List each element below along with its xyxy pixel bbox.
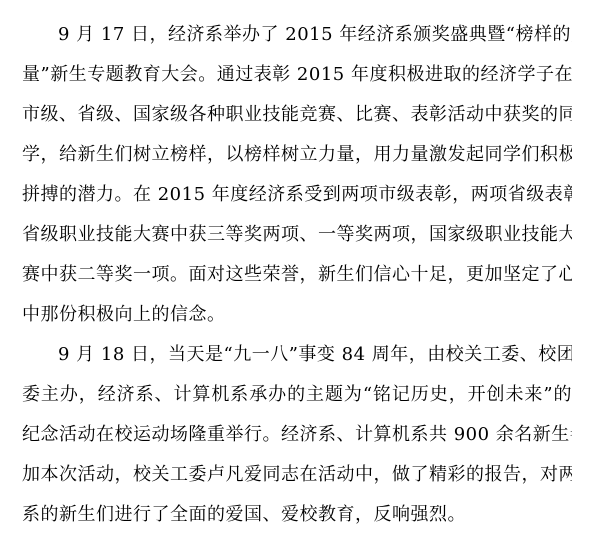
text-line: 加本次活动，校关工委卢凡爱同志在活动中，做了精彩的报告，对两 — [22, 455, 572, 495]
text-line: 委主办，经济系、计算机系承办的主题为“铭记历史，开创未来”的 — [22, 375, 572, 415]
paragraph-september-17: 9 月 17 日，经济系举办了 2015 年经济系颁奖盛典暨“榜样的力 量”新生… — [22, 15, 572, 335]
text-line: 中那份积极向上的信念。 — [22, 295, 572, 335]
document-page: 9 月 17 日，经济系举办了 2015 年经济系颁奖盛典暨“榜样的力 量”新生… — [0, 0, 595, 549]
text-line: 省级职业技能大赛中获三等奖两项、一等奖两项，国家级职业技能大 — [22, 215, 572, 255]
text-line: 纪念活动在校运动场隆重举行。经济系、计算机系共 900 余名新生参 — [22, 415, 572, 455]
text-line: 市级、省级、国家级各种职业技能竞赛、比赛、表彰活动中获奖的同 — [22, 95, 572, 135]
text-line: 9 月 18 日，当天是“九一八”事变 84 周年，由校关工委、校团 — [22, 335, 572, 375]
text-line: 9 月 17 日，经济系举办了 2015 年经济系颁奖盛典暨“榜样的力 — [22, 15, 572, 55]
text-line: 系的新生们进行了全面的爱国、爱校教育，反响强烈。 — [22, 495, 572, 535]
text-line: 量”新生专题教育大会。通过表彰 2015 年度积极进取的经济学子在 — [22, 55, 572, 95]
text-line: 学，给新生们树立榜样，以榜样树立力量，用力量激发起同学们积极 — [22, 135, 572, 175]
text-line: 拼搏的潜力。在 2015 年度经济系受到两项市级表彰，两项省级表彰， — [22, 175, 572, 215]
paragraph-september-18: 9 月 18 日，当天是“九一八”事变 84 周年，由校关工委、校团 委主办，经… — [22, 335, 572, 535]
text-line: 赛中获二等奖一项。面对这些荣誉，新生们信心十足，更加坚定了心 — [22, 255, 572, 295]
